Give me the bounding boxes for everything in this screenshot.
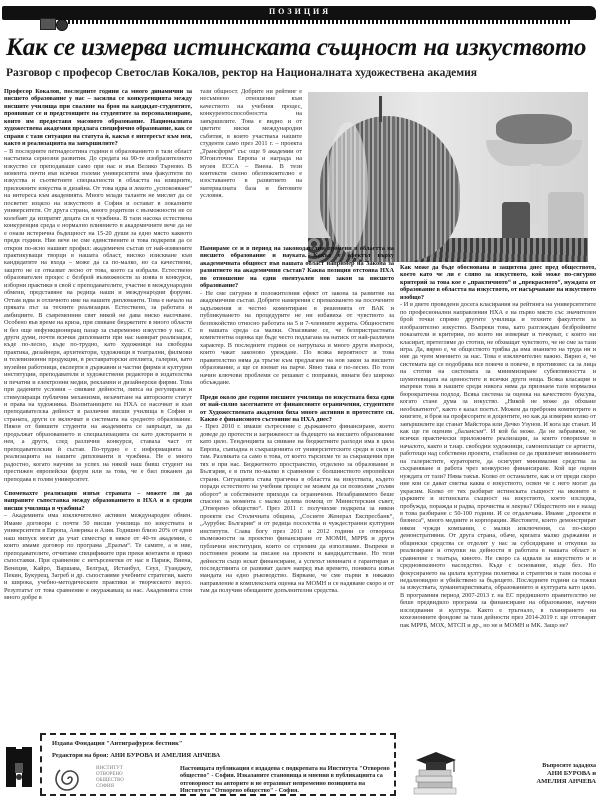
article-column-middle-top: тази общност. Добрите ни рейтинг е несъм… xyxy=(200,88,302,200)
question-3: Намираме се и в период на законодателни … xyxy=(200,245,394,290)
question-2: Споменахте реализация извън страната – м… xyxy=(4,490,192,512)
section-header-zipper: ПОЗИЦИЯ xyxy=(0,4,600,26)
interviewers-credit: Въпросите зададоха АНИ БУРОВА и АМЕЛИЯ А… xyxy=(470,762,596,786)
editors-line: Редактори на броя: АНИ БУРОВА И АМЕЛИЯ А… xyxy=(52,752,220,759)
answer-2: – Академията има изключително активен ме… xyxy=(4,512,192,601)
article-column-left: Професор Кокалов, последните години са м… xyxy=(4,88,192,602)
article-column-right: Как може да бъде обоснована и защитена д… xyxy=(400,264,596,629)
open-society-logo-text: ИНСТИТУТ ОТВОРЕНО ОБЩЕСТВО СОФИЯ xyxy=(96,766,124,790)
credit-lead: Въпросите зададоха xyxy=(470,762,596,770)
section-label: ПОЗИЦИЯ xyxy=(0,7,600,16)
answer-3: - Не сме сигурни в положителния ефект от… xyxy=(200,290,394,387)
question-4: Преди около две години висшите училища п… xyxy=(200,394,394,424)
zipper-teeth xyxy=(60,19,570,24)
photo-fruit xyxy=(496,114,572,144)
credit-name-2: АМЕЛИЯ АНЧЕВА xyxy=(470,778,596,786)
article-subtitle: Разговор с професор Светослав Кокалов, р… xyxy=(6,66,596,80)
publication-credits-box: Издава Фондация "Антиграфуреж бестник" Р… xyxy=(40,733,396,796)
zipper-logo-icon xyxy=(4,745,34,789)
answer-1: – В последните петнадесетина години в об… xyxy=(4,148,192,483)
graduation-cap-books-icon xyxy=(410,748,462,798)
answer-4: - През 2010 г. имаше сътресение с държав… xyxy=(200,423,394,594)
publisher-line: Издава Фондация "Антиграфуреж бестник" xyxy=(52,740,183,747)
answer-2-continued: тази общност. Добрите ни рейтинг е несъм… xyxy=(200,88,302,200)
support-disclaimer: Настоящата публикация е издадена с подкр… xyxy=(180,765,390,794)
zipper-pull-icon xyxy=(40,18,78,32)
open-society-logo-icon xyxy=(54,765,86,793)
article-column-middle: Намираме се и в период на законодателни … xyxy=(200,245,394,595)
article-title: Как се измерва истинската същност на изк… xyxy=(6,34,596,62)
credit-name-1: АНИ БУРОВА и xyxy=(470,770,596,778)
question-5: Как може да бъде обоснована и защитена д… xyxy=(400,264,596,301)
question-1: Професор Кокалов, последните години са м… xyxy=(4,88,192,148)
article-photo xyxy=(308,92,588,262)
answer-5: - И в двете проведени досега класирания … xyxy=(400,301,596,629)
